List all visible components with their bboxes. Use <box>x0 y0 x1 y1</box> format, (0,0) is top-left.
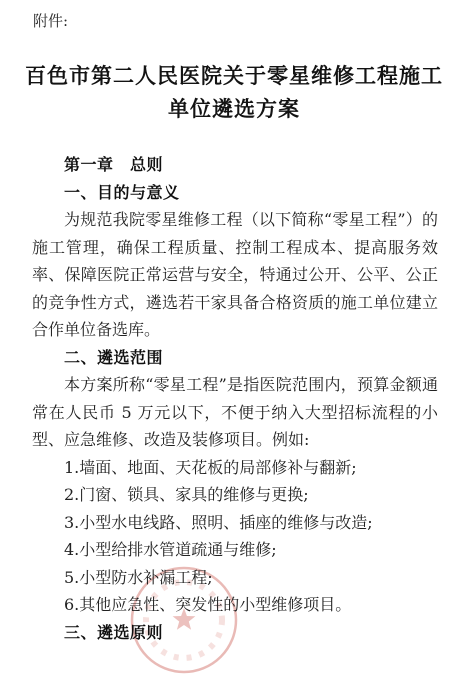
section-1-paragraph: 为规范我院零星维修工程（以下简称“零星工程”）的施工管理，确保工程质量、控制工程… <box>32 206 438 344</box>
document-title-line-1: 百色市第二人民医院关于零星维修工程施工 <box>25 63 443 88</box>
document-title: 百色市第二人民医院关于零星维修工程施工 单位遴选方案 <box>22 59 446 125</box>
section-2-paragraph: 本方案所称“零星工程”是指医院范围内，预算金额通常在人民币 5 万元以下，不便于… <box>32 371 438 454</box>
list-item-5: 5.小型防水补漏工程; <box>32 564 438 592</box>
section-2-heading: 二、遴选范围 <box>32 344 438 372</box>
document-title-line-2: 单位遴选方案 <box>168 96 300 121</box>
section-3-heading: 三、遴选原则 <box>32 619 438 647</box>
section-1-heading: 一、目的与意义 <box>32 179 438 207</box>
list-item-4: 4.小型给排水管道疏通与维修; <box>32 536 438 564</box>
chapter-heading: 第一章 总则 <box>32 151 438 179</box>
list-item-2: 2.门窗、锁具、家具的维修与更换; <box>32 481 438 509</box>
document-body: 第一章 总则 一、目的与意义 为规范我院零星维修工程（以下简称“零星工程”）的施… <box>32 151 438 646</box>
document-page: 附件: 百色市第二人民医院关于零星维修工程施工 单位遴选方案 第一章 总则 一、… <box>0 0 468 688</box>
list-item-1: 1.墙面、地面、天花板的局部修补与翻新; <box>32 454 438 482</box>
list-item-6: 6.其他应急性、突发性的小型维修项目。 <box>32 591 438 619</box>
attachment-label: 附件: <box>33 10 68 31</box>
red-star-seal-icon <box>129 660 239 679</box>
list-item-3: 3.小型水电线路、照明、插座的维修与改造; <box>32 509 438 537</box>
